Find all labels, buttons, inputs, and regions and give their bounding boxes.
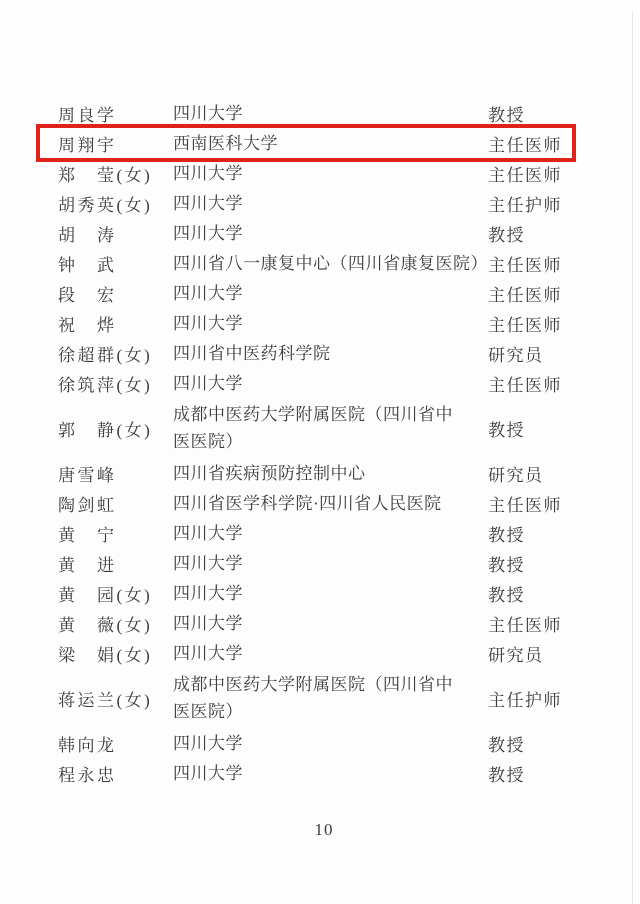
organization-cell: 四川大学	[173, 220, 488, 247]
title-cell: 教授	[488, 101, 573, 126]
name-cell: 祝 烨	[58, 311, 173, 336]
table-row: 程永忠 四川大学 教授	[58, 758, 573, 788]
name-cell: 郭 静(女)	[58, 416, 173, 441]
name-cell: 徐超群(女)	[58, 341, 173, 366]
title-cell: 主任医师	[488, 281, 573, 306]
page-number: 10	[0, 820, 640, 840]
title-cell: 研究员	[488, 641, 573, 666]
organization-cell: 四川大学	[173, 370, 488, 397]
table-row: 徐超群(女) 四川省中医药科学院 研究员	[58, 338, 573, 368]
table-row: 钟 武 四川省八一康复中心（四川省康复医院） 主任医师	[58, 248, 573, 278]
scan-edge-artifact	[632, 12, 633, 904]
title-cell: 教授	[488, 221, 573, 246]
organization-cell: 四川省疾病预防控制中心	[173, 460, 488, 487]
title-cell: 教授	[488, 761, 573, 786]
title-cell: 主任护师	[488, 686, 573, 711]
title-cell: 教授	[488, 551, 573, 576]
table-row: 黄 薇(女) 四川大学 主任医师	[58, 608, 573, 638]
name-cell: 胡 涛	[58, 221, 173, 246]
organization-cell: 成都中医药大学附属医院（四川省中医医院）	[173, 401, 488, 455]
title-cell: 研究员	[488, 341, 573, 366]
table-row: 韩向龙 四川大学 教授	[58, 728, 573, 758]
organization-cell: 四川大学	[173, 520, 488, 547]
name-cell: 韩向龙	[58, 731, 173, 756]
organization-cell: 四川省八一康复中心（四川省康复医院）	[173, 250, 488, 277]
table-row: 胡秀英(女) 四川大学 主任护师	[58, 188, 573, 218]
name-cell: 陶剑虹	[58, 491, 173, 516]
table-row: 梁 娟(女) 四川大学 研究员	[58, 638, 573, 668]
title-cell: 主任护师	[488, 191, 573, 216]
title-cell: 主任医师	[488, 131, 573, 156]
table-row: 周翔宇 西南医科大学 主任医师	[58, 128, 573, 158]
organization-cell: 成都中医药大学附属医院（四川省中医医院）	[173, 671, 488, 725]
name-cell: 蒋运兰(女)	[58, 686, 173, 711]
table-row: 祝 烨 四川大学 主任医师	[58, 308, 573, 338]
organization-cell: 四川省中医药科学院	[173, 340, 488, 367]
organization-cell: 四川大学	[173, 160, 488, 187]
name-cell: 梁 娟(女)	[58, 641, 173, 666]
table-row: 郑 莹(女) 四川大学 主任医师	[58, 158, 573, 188]
name-cell: 黄 薇(女)	[58, 611, 173, 636]
table-row: 胡 涛 四川大学 教授	[58, 218, 573, 248]
name-cell: 郑 莹(女)	[58, 161, 173, 186]
title-cell: 主任医师	[488, 611, 573, 636]
document-page: 周良学 四川大学 教授 周翔宇 西南医科大学 主任医师 郑 莹(女) 四川大学 …	[0, 0, 640, 904]
appointee-list: 周良学 四川大学 教授 周翔宇 西南医科大学 主任医师 郑 莹(女) 四川大学 …	[58, 98, 573, 788]
title-cell: 教授	[488, 521, 573, 546]
name-cell: 徐筑萍(女)	[58, 371, 173, 396]
organization-cell: 四川大学	[173, 610, 488, 637]
name-cell: 胡秀英(女)	[58, 191, 173, 216]
title-cell: 主任医师	[488, 251, 573, 276]
name-cell: 黄 宁	[58, 521, 173, 546]
title-cell: 主任医师	[488, 371, 573, 396]
name-cell: 黄 进	[58, 551, 173, 576]
table-row: 周良学 四川大学 教授	[58, 98, 573, 128]
title-cell: 教授	[488, 731, 573, 756]
table-row: 黄 宁 四川大学 教授	[58, 518, 573, 548]
title-cell: 研究员	[488, 461, 573, 486]
title-cell: 主任医师	[488, 491, 573, 516]
name-cell: 周翔宇	[58, 131, 173, 156]
organization-cell: 四川大学	[173, 310, 488, 337]
table-row: 郭 静(女) 成都中医药大学附属医院（四川省中医医院） 教授	[58, 398, 573, 458]
organization-cell: 四川大学	[173, 280, 488, 307]
organization-cell: 四川大学	[173, 760, 488, 787]
table-row: 黄 进 四川大学 教授	[58, 548, 573, 578]
title-cell: 教授	[488, 416, 573, 441]
title-cell: 主任医师	[488, 161, 573, 186]
name-cell: 钟 武	[58, 251, 173, 276]
table-row: 蒋运兰(女) 成都中医药大学附属医院（四川省中医医院） 主任护师	[58, 668, 573, 728]
organization-cell: 四川大学	[173, 640, 488, 667]
name-cell: 周良学	[58, 101, 173, 126]
table-row: 陶剑虹 四川省医学科学院·四川省人民医院 主任医师	[58, 488, 573, 518]
table-row: 段 宏 四川大学 主任医师	[58, 278, 573, 308]
organization-cell: 四川大学	[173, 190, 488, 217]
organization-cell: 四川大学	[173, 100, 488, 127]
name-cell: 段 宏	[58, 281, 173, 306]
name-cell: 程永忠	[58, 761, 173, 786]
title-cell: 教授	[488, 581, 573, 606]
name-cell: 唐雪峰	[58, 461, 173, 486]
organization-cell: 四川大学	[173, 550, 488, 577]
title-cell: 主任医师	[488, 311, 573, 336]
table-row: 徐筑萍(女) 四川大学 主任医师	[58, 368, 573, 398]
organization-cell: 四川大学	[173, 580, 488, 607]
name-cell: 黄 园(女)	[58, 581, 173, 606]
organization-cell: 四川大学	[173, 730, 488, 757]
organization-cell: 西南医科大学	[173, 130, 488, 157]
table-row: 唐雪峰 四川省疾病预防控制中心 研究员	[58, 458, 573, 488]
table-row: 黄 园(女) 四川大学 教授	[58, 578, 573, 608]
organization-cell: 四川省医学科学院·四川省人民医院	[173, 490, 488, 517]
